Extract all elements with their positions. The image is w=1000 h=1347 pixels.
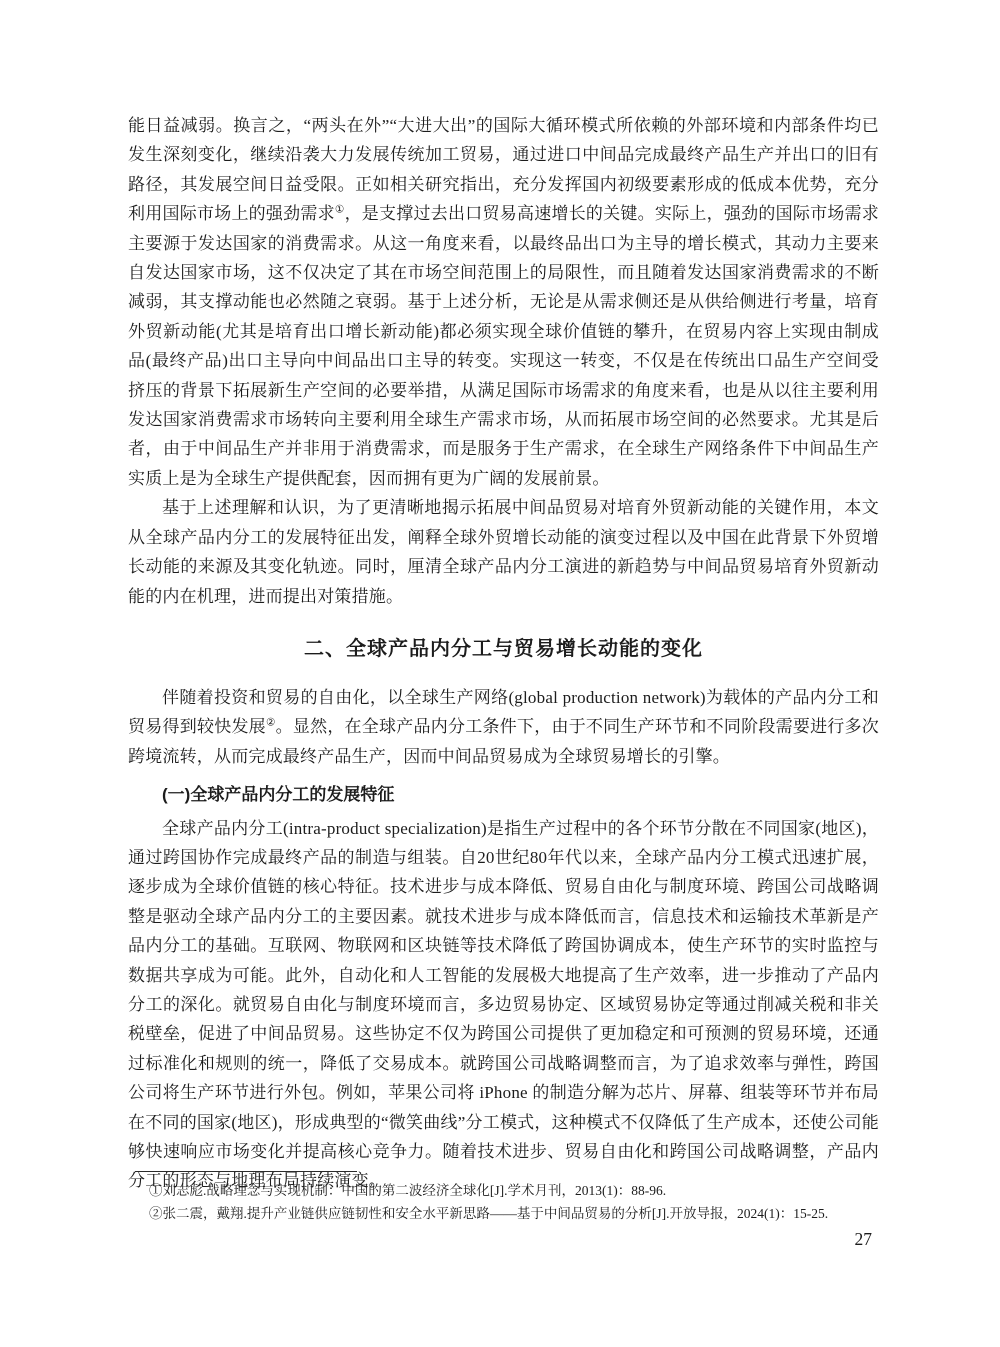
article-body: 能日益减弱。换言之，“两头在外”“大进大出”的国际大循环模式所依赖的外部环境和内… <box>128 111 879 1196</box>
paragraph-3: 伴随着投资和贸易的自由化，以全球生产网络(global production n… <box>128 683 879 771</box>
paragraph-continuation: 能日益减弱。换言之，“两头在外”“大进大出”的国际大循环模式所依赖的外部环境和内… <box>128 111 879 493</box>
footnote-section: ①刘志彪.战略理念与实现机制：中国的第二波经济全球化[J].学术月刊，2013(… <box>128 1171 879 1225</box>
paragraph-4: 全球产品内分工(intra-product specialization)是指生… <box>128 814 879 1196</box>
section-heading: 二、全球产品内分工与贸易增长动能的变化 <box>128 635 879 664</box>
paper-page: 能日益减弱。换言之，“两头在外”“大进大出”的国际大循环模式所依赖的外部环境和内… <box>0 0 1000 1347</box>
footnote-marker-2: ② <box>266 718 276 729</box>
footnote-separator-rule <box>135 1171 357 1172</box>
footnote-marker-1: ① <box>335 205 345 216</box>
subsection-heading: (一)全球产品内分工的发展特征 <box>128 780 879 809</box>
footnote-2: ②张二震，戴翔.提升产业链供应链韧性和安全水平新思路——基于中间品贸易的分析[J… <box>128 1202 879 1225</box>
page-number: 27 <box>128 1229 879 1250</box>
paragraph-1-text-after-marker: ，是支撑过去出口贸易高速增长的关键。实际上，强劲的国际市场需求主要源于发达国家的… <box>128 204 879 488</box>
footnote-1: ①刘志彪.战略理念与实现机制：中国的第二波经济全球化[J].学术月刊，2013(… <box>128 1179 879 1202</box>
paragraph-2: 基于上述理解和认识，为了更清晰地揭示拓展中间品贸易对培育外贸新动能的关键作用，本… <box>128 493 879 611</box>
